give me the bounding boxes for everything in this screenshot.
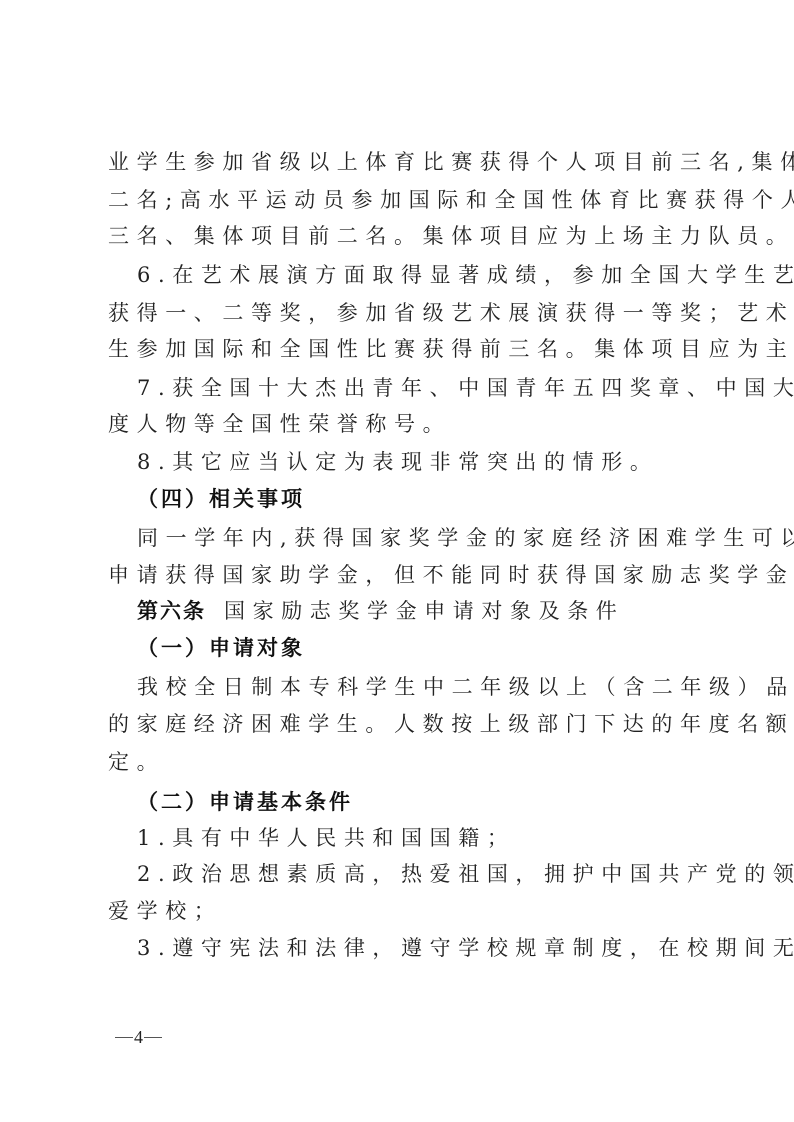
article-title: 国家励志奖学金申请对象及条件 (224, 599, 624, 623)
body-text-line: 同一学年内,获得国家奖学金的家庭经济困难学生可以同时 (137, 524, 698, 552)
list-item-7: 7.获全国十大杰出青年、中国青年五四奖章、中国大学生年 (137, 374, 698, 402)
page-number-value: 4 (133, 1025, 144, 1049)
body-text-line: 的家庭经济困难学生。人数按上级部门下达的年度名额指标确 (108, 710, 698, 738)
page-number-dash-right (144, 1037, 162, 1038)
list-item-6: 6.在艺术展演方面取得显著成绩，参加全国大学生艺术展演 (137, 261, 698, 289)
body-text-line: 度人物等全国性荣誉称号。 (108, 410, 698, 438)
page-number: 4 (115, 1025, 162, 1049)
body-text-line: 生参加国际和全国性比赛获得前三名。集体项目应为主要演员。 (108, 335, 698, 363)
section-heading-related-matters: （四）相关事项 (137, 485, 698, 513)
list-item-3: 3.遵守宪法和法律，遵守学校规章制度，在校期间无违纪处 (137, 934, 698, 962)
body-text-line: 业学生参加省级以上体育比赛获得个人项目前三名,集体项目前 (108, 148, 698, 176)
article-number: 第六条 (137, 599, 206, 623)
body-text-line: 我校全日制本专科学生中二年级以上（含二年级）品学兼优 (137, 673, 698, 701)
page-number-dash-left (115, 1037, 133, 1038)
article-6-heading: 第六条国家励志奖学金申请对象及条件 (137, 597, 698, 625)
list-item-2: 2.政治思想素质高，热爱祖国，拥护中国共产党的领导，热 (137, 860, 698, 888)
section-heading-applicants: （一）申请对象 (137, 634, 698, 662)
body-text-line: 获得一、二等奖，参加省级艺术展演获得一等奖；艺术类专业学 (108, 299, 698, 327)
body-text-line: 申请获得国家助学金，但不能同时获得国家励志奖学金。 (108, 561, 698, 589)
body-text-line: 定。 (108, 748, 698, 776)
list-item-1: 1.具有中华人民共和国国籍； (137, 824, 698, 852)
document-page: 业学生参加省级以上体育比赛获得个人项目前三名,集体项目前 二名;高水平运动员参加… (0, 0, 794, 1122)
body-text-line: 三名、集体项目前二名。集体项目应为上场主力队员。 (108, 222, 698, 250)
section-heading-basic-conditions: （二）申请基本条件 (137, 788, 698, 816)
body-text-line: 爱学校； (108, 897, 698, 925)
list-item-8: 8.其它应当认定为表现非常突出的情形。 (137, 448, 698, 476)
body-text-line: 二名;高水平运动员参加国际和全国性体育比赛获得个人项目前 (108, 186, 698, 214)
